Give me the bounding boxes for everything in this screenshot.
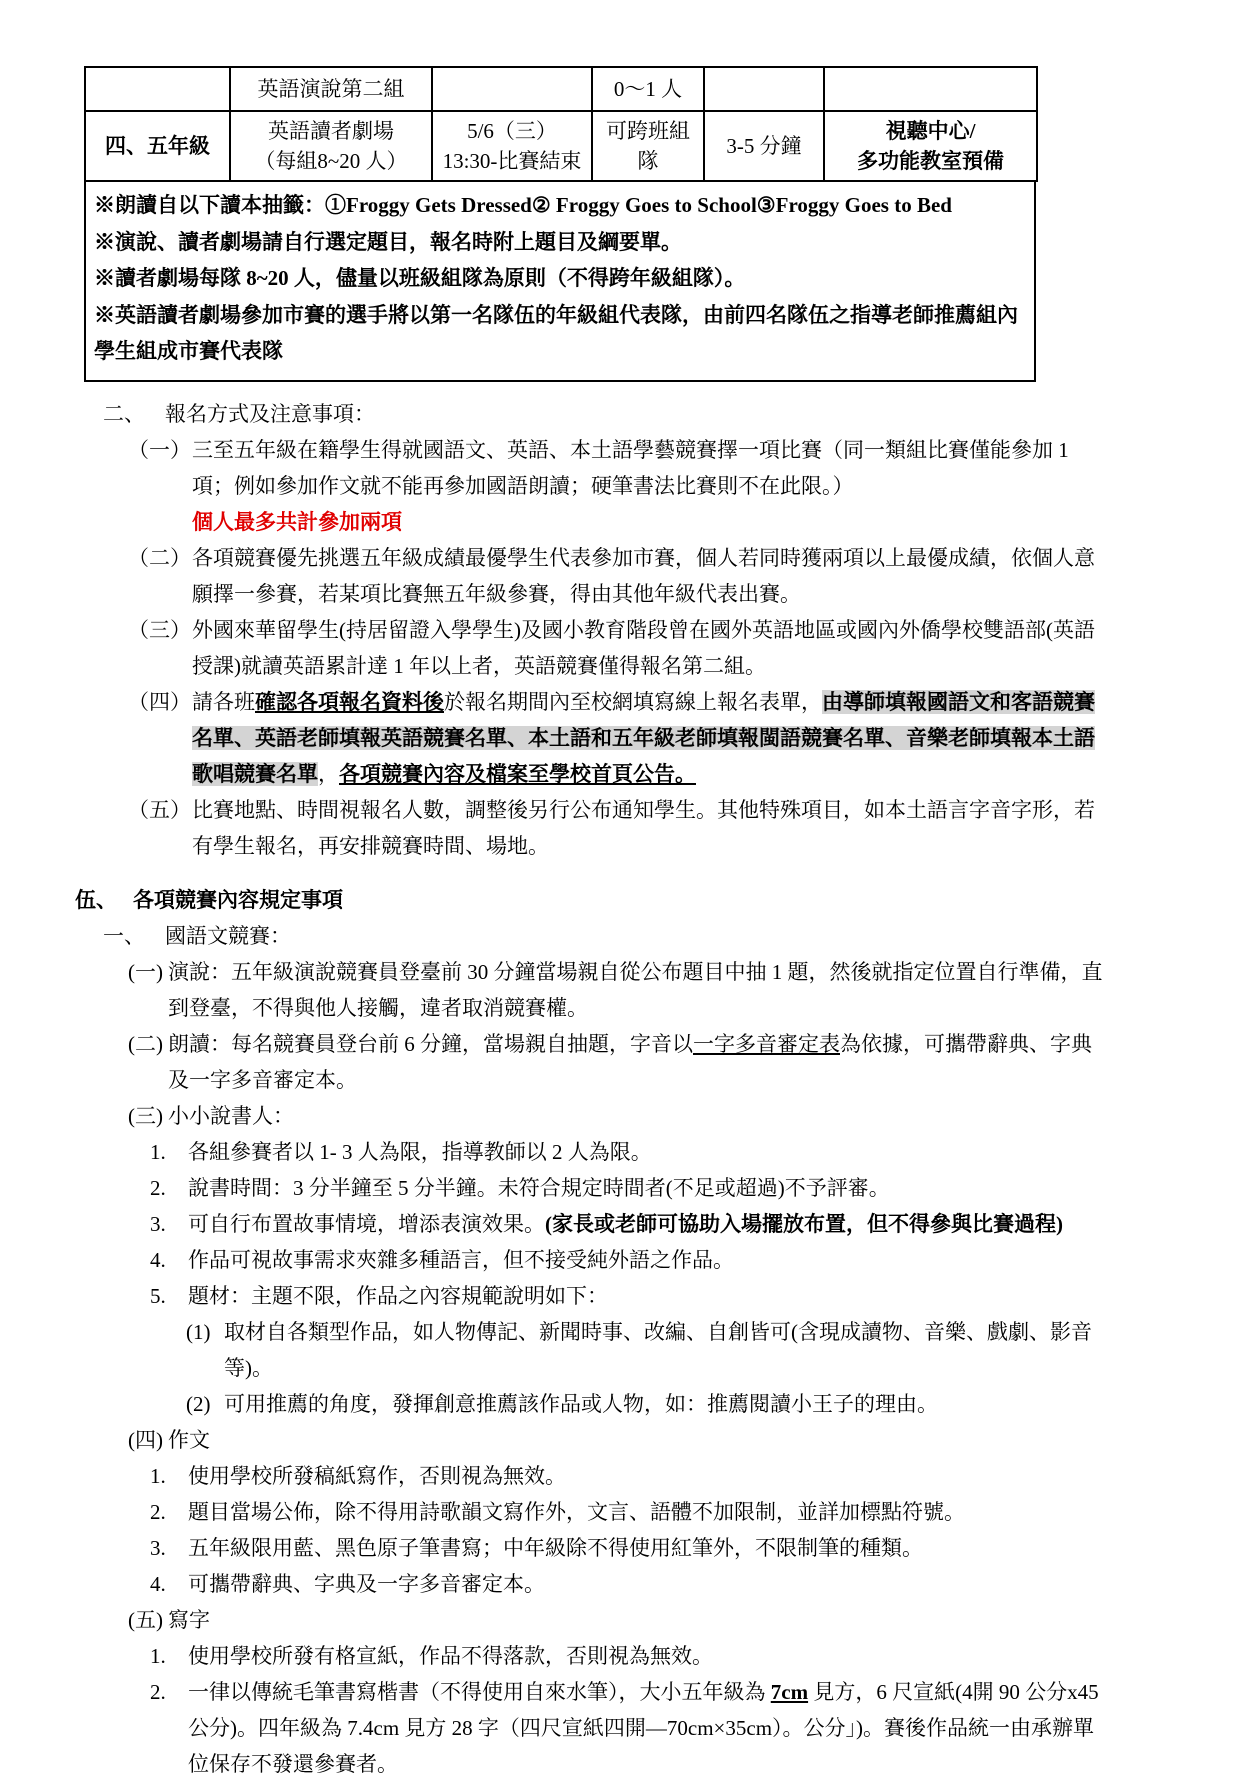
- list-label: (一): [128, 954, 168, 1026]
- text-segment: 各項競賽內容規定事項: [133, 888, 343, 912]
- text-segment: 可用推薦的角度，發揮創意推薦該作品或人物，如：推薦閱讀小王子的理由。: [224, 1392, 938, 1416]
- text-segment: 各項競賽優先挑選五年級成績最優學生代表參加市賽，個人若同時獲兩項以上最優成績，依…: [192, 546, 1095, 606]
- list-label: （三）: [128, 612, 192, 684]
- text-segment: 題目當場公佈，除不得用詩歌韻文寫作外，文言、語體不加限制，並詳加標點符號。: [188, 1500, 965, 1524]
- paragraph: 一、國語文競賽：: [103, 918, 1108, 954]
- paragraph-text: 可攜帶辭典、字典及一字多音審定本。: [188, 1566, 1108, 1602]
- list-label: 二、: [103, 396, 165, 432]
- paragraph: （一）三至五年級在籍學生得就國語文、英語、本土語學藝競賽擇一項比賽（同一類組比賽…: [128, 432, 1108, 504]
- list-label: 2.: [150, 1170, 188, 1206]
- text-segment: 國語文競賽：: [165, 924, 291, 948]
- paragraph: 2.題目當場公佈，除不得用詩歌韻文寫作外，文言、語體不加限制，並詳加標點符號。: [150, 1494, 1108, 1530]
- paragraph-text: 作文: [168, 1422, 1108, 1458]
- table-cell-time: 5/6（三） 13:30-比賽結束: [432, 111, 592, 181]
- list-label: 2.: [150, 1494, 188, 1530]
- list-label: 4.: [150, 1242, 188, 1278]
- text-segment: 取材自各類型作品，如人物傳記、新聞時事、改編、自創皆可(含現成讀物、音樂、戲劇、…: [224, 1320, 1092, 1380]
- paragraph: 3.可自行布置故事情境，增添表演效果。(家長或老師可協助入場擺放布置，但不得參與…: [150, 1206, 1108, 1242]
- paragraph: 3.五年級限用藍、黑色原子筆書寫；中年級除不得使用紅筆外，不限制筆的種類。: [150, 1530, 1108, 1566]
- text-segment: 寫字: [168, 1608, 210, 1632]
- table-cell-team: 可跨班組隊: [592, 111, 704, 181]
- text-segment: 作品可視故事需求夾雜多種語言，但不接受純外語之作品。: [188, 1248, 734, 1272]
- paragraph-text: 使用學校所發有格宣紙，作品不得落款，否則視為無效。: [188, 1638, 1108, 1674]
- paragraph-text: 各項競賽優先挑選五年級成績最優學生代表參加市賽，個人若同時獲兩項以上最優成績，依…: [192, 540, 1108, 612]
- list-label: 3.: [150, 1530, 188, 1566]
- list-label: 3.: [150, 1206, 188, 1242]
- table-row: 四、五年級 英語讀者劇場 （每組8~20 人） 5/6（三） 13:30-比賽結…: [85, 111, 1037, 181]
- note-line: ※讀者劇場每隊 8~20 人，儘量以班級組隊為原則（不得跨年級組隊）。: [94, 260, 1024, 297]
- paragraph-text: 五年級限用藍、黑色原子筆書寫；中年級除不得使用紅筆外，不限制筆的種類。: [188, 1530, 1108, 1566]
- text-segment: 使用學校所發稿紙寫作，否則視為無效。: [188, 1464, 566, 1488]
- table-cell-venue: 視聽中心/ 多功能教室預備: [824, 111, 1037, 181]
- paragraph: 4.作品可視故事需求夾雜多種語言，但不接受純外語之作品。: [150, 1242, 1108, 1278]
- paragraph-text: 報名方式及注意事項：: [165, 396, 1108, 432]
- paragraph-text: 說書時間：3 分半鐘至 5 分半鐘。未符合規定時間者(不足或超過)不予評審。: [188, 1170, 1108, 1206]
- text-segment: 題材：主題不限，作品之內容規範說明如下：: [188, 1284, 608, 1308]
- paragraph-text: 使用學校所發稿紙寫作，否則視為無效。: [188, 1458, 1108, 1494]
- paragraph: (二)朗讀：每名競賽員登台前 6 分鐘，當場親自抽題，字音以一字多音審定表為依據…: [128, 1026, 1108, 1098]
- table-cell-grade: [85, 67, 230, 111]
- paragraph-text: 題材：主題不限，作品之內容規範說明如下：: [188, 1278, 1108, 1314]
- paragraph-text: 比賽地點、時間視報名人數，調整後另行公布通知學生。其他特殊項目，如本土語言字音字…: [192, 792, 1108, 864]
- text-segment: 各組參賽者以 1- 3 人為限，指導教師以 2 人為限。: [188, 1140, 652, 1164]
- paragraph-text: 可自行布置故事情境，增添表演效果。(家長或老師可協助入場擺放布置，但不得參與比賽…: [188, 1206, 1108, 1242]
- paragraph: 1.使用學校所發稿紙寫作，否則視為無效。: [150, 1458, 1108, 1494]
- paragraph-text: 題目當場公佈，除不得用詩歌韻文寫作外，文言、語體不加限制，並詳加標點符號。: [188, 1494, 1108, 1530]
- text-segment: 使用學校所發有格宣紙，作品不得落款，否則視為無效。: [188, 1644, 713, 1668]
- document-page: 英語演說第二組 0～1 人 四、五年級 英語讀者劇場 （每組8~20 人） 5/…: [0, 0, 1240, 1782]
- text-segment: 7cm: [771, 1680, 808, 1704]
- text-segment: 確認各項報名資料後: [255, 690, 444, 714]
- list-label: (2): [186, 1386, 224, 1422]
- paragraph-text: 演說：五年級演說競賽員登臺前 30 分鐘當場親自從公布題目中抽 1 題，然後就指…: [168, 954, 1108, 1026]
- text-segment: 外國來華留學生(持居留證入學學生)及國小教育階段曾在國外英語地區或國內外僑學校雙…: [192, 618, 1095, 678]
- paragraph: (1)取材自各類型作品，如人物傳記、新聞時事、改編、自創皆可(含現成讀物、音樂、…: [186, 1314, 1108, 1386]
- paragraph-text: 各項競賽內容規定事項: [133, 882, 1108, 918]
- paragraph-text: 取材自各類型作品，如人物傳記、新聞時事、改編、自創皆可(含現成讀物、音樂、戲劇、…: [224, 1314, 1108, 1386]
- text-segment: 報名方式及注意事項：: [165, 402, 375, 426]
- note-line: ※演說、讀者劇場請自行選定題目，報名時附上題目及綱要單。: [94, 224, 1024, 261]
- text-segment: ，: [318, 762, 339, 786]
- list-label: 5.: [150, 1278, 188, 1314]
- paragraph-text: 朗讀：每名競賽員登台前 6 分鐘，當場親自抽題，字音以一字多音審定表為依據，可攜…: [168, 1026, 1108, 1098]
- paragraph: （五）比賽地點、時間視報名人數，調整後另行公布通知學生。其他特殊項目，如本土語言…: [128, 792, 1108, 864]
- paragraph-text: 各組參賽者以 1- 3 人為限，指導教師以 2 人為限。: [188, 1134, 1108, 1170]
- paragraph: 2.一律以傳統毛筆書寫楷書（不得使用自來水筆），大小五年級為 7cm 見方，6 …: [150, 1674, 1108, 1782]
- paragraph-text: 國語文競賽：: [165, 918, 1108, 954]
- text-segment: (家長或老師可協助入場擺放布置，但不得參與比賽過程): [545, 1212, 1063, 1236]
- text-segment: 可自行布置故事情境，增添表演效果。: [188, 1212, 545, 1236]
- list-label: 1.: [150, 1458, 188, 1494]
- table-cell-event: 英語讀者劇場 （每組8~20 人）: [230, 111, 432, 181]
- list-label: (四): [128, 1422, 168, 1458]
- table-row: 英語演說第二組 0～1 人: [85, 67, 1037, 111]
- list-label: (二): [128, 1026, 168, 1098]
- list-label: 2.: [150, 1674, 188, 1782]
- text-segment: 一字多音審定表: [693, 1032, 840, 1056]
- paragraph-text: 一律以傳統毛筆書寫楷書（不得使用自來水筆），大小五年級為 7cm 見方，6 尺宣…: [188, 1674, 1108, 1782]
- list-label: (五): [128, 1602, 168, 1638]
- paragraph: （二）各項競賽優先挑選五年級成績最優學生代表參加市賽，個人若同時獲兩項以上最優成…: [128, 540, 1108, 612]
- paragraph-text: 作品可視故事需求夾雜多種語言，但不接受純外語之作品。: [188, 1242, 1108, 1278]
- paragraph: 2.說書時間：3 分半鐘至 5 分半鐘。未符合規定時間者(不足或超過)不予評審。: [150, 1170, 1108, 1206]
- list-label: (1): [186, 1314, 224, 1386]
- list-label: 伍、: [75, 882, 133, 918]
- list-label: （四）: [128, 684, 192, 792]
- list-label: 1.: [150, 1638, 188, 1674]
- text-segment: 於報名期間內至校網填寫線上報名表單，: [444, 690, 822, 714]
- paragraph-text: 外國來華留學生(持居留證入學學生)及國小教育階段曾在國外英語地區或國內外僑學校雙…: [192, 612, 1108, 684]
- list-label: 一、: [103, 918, 165, 954]
- text-segment: 說書時間：3 分半鐘至 5 分半鐘。未符合規定時間者(不足或超過)不予評審。: [188, 1176, 890, 1200]
- table-cell-event: 英語演說第二組: [230, 67, 432, 111]
- note-line: ※朗讀自以下讀本抽籤：①Froggy Gets Dressed② Froggy …: [94, 187, 1024, 224]
- document-body: 二、報名方式及注意事項：（一）三至五年級在籍學生得就國語文、英語、本土語學藝競賽…: [0, 396, 1108, 1782]
- paragraph: (2)可用推薦的角度，發揮創意推薦該作品或人物，如：推薦閱讀小王子的理由。: [186, 1386, 1108, 1422]
- paragraph-text: 可用推薦的角度，發揮創意推薦該作品或人物，如：推薦閱讀小王子的理由。: [224, 1386, 1108, 1422]
- paragraph: 伍、各項競賽內容規定事項: [75, 882, 1108, 918]
- text-segment: 朗讀：每名競賽員登台前 6 分鐘，當場親自抽題，字音以: [168, 1032, 693, 1056]
- paragraph-text: 請各班確認各項報名資料後於報名期間內至校網填寫線上報名表單，由導師填報國語文和客…: [192, 684, 1108, 792]
- paragraph: (三)小小說書人：: [128, 1098, 1108, 1134]
- list-label: （一）: [128, 432, 192, 504]
- paragraph: 1.各組參賽者以 1- 3 人為限，指導教師以 2 人為限。: [150, 1134, 1108, 1170]
- text-segment: 請各班: [192, 690, 255, 714]
- text-segment: 可攜帶辭典、字典及一字多音審定本。: [188, 1572, 545, 1596]
- paragraph: （四）請各班確認各項報名資料後於報名期間內至校網填寫線上報名表單，由導師填報國語…: [128, 684, 1108, 792]
- text-segment: 作文: [168, 1428, 210, 1452]
- list-label: (三): [128, 1098, 168, 1134]
- table-cell-duration: [704, 67, 824, 111]
- table-cell-quota: 0～1 人: [592, 67, 704, 111]
- table-cell-grade: 四、五年級: [85, 111, 230, 181]
- text-segment: 小小說書人：: [168, 1104, 294, 1128]
- text-segment: 比賽地點、時間視報名人數，調整後另行公布通知學生。其他特殊項目，如本土語言字音字…: [192, 798, 1095, 858]
- paragraph-text: 三至五年級在籍學生得就國語文、英語、本土語學藝競賽擇一項比賽（同一類組比賽僅能參…: [192, 432, 1108, 504]
- text-segment: 三至五年級在籍學生得就國語文、英語、本土語學藝競賽擇一項比賽（同一類組比賽僅能參…: [192, 438, 1069, 498]
- paragraph: 個人最多共計參加兩項: [192, 504, 1108, 540]
- schedule-table: 英語演說第二組 0～1 人 四、五年級 英語讀者劇場 （每組8~20 人） 5/…: [84, 66, 1038, 182]
- text-segment: 演說：五年級演說競賽員登臺前 30 分鐘當場親自從公布題目中抽 1 題，然後就指…: [168, 960, 1103, 1020]
- list-label: （二）: [128, 540, 192, 612]
- paragraph: (四)作文: [128, 1422, 1108, 1458]
- table-notes: ※朗讀自以下讀本抽籤：①Froggy Gets Dressed② Froggy …: [84, 182, 1036, 382]
- text-segment: 各項競賽內容及檔案至學校首頁公告。: [339, 762, 696, 786]
- text-segment: 五年級限用藍、黑色原子筆書寫；中年級除不得使用紅筆外，不限制筆的種類。: [188, 1536, 923, 1560]
- paragraph-text: 寫字: [168, 1602, 1108, 1638]
- paragraph: 1.使用學校所發有格宣紙，作品不得落款，否則視為無效。: [150, 1638, 1108, 1674]
- table-cell-duration: 3-5 分鐘: [704, 111, 824, 181]
- paragraph: (一)演說：五年級演說競賽員登臺前 30 分鐘當場親自從公布題目中抽 1 題，然…: [128, 954, 1108, 1026]
- text-segment: 個人最多共計參加兩項: [192, 510, 402, 534]
- paragraph: 二、報名方式及注意事項：: [103, 396, 1108, 432]
- text-segment: 一律以傳統毛筆書寫楷書（不得使用自來水筆），大小五年級為: [188, 1680, 771, 1704]
- table-cell-time: [432, 67, 592, 111]
- list-label: 1.: [150, 1134, 188, 1170]
- paragraph-text: 小小說書人：: [168, 1098, 1108, 1134]
- paragraph: 4.可攜帶辭典、字典及一字多音審定本。: [150, 1566, 1108, 1602]
- paragraph: 5.題材：主題不限，作品之內容規範說明如下：: [150, 1278, 1108, 1314]
- paragraph: （三）外國來華留學生(持居留證入學學生)及國小教育階段曾在國外英語地區或國內外僑…: [128, 612, 1108, 684]
- table-cell-venue: [824, 67, 1037, 111]
- note-line: ※英語讀者劇場參加市賽的選手將以第一名隊伍的年級組代表隊，由前四名隊伍之指導老師…: [94, 297, 1024, 370]
- paragraph: (五)寫字: [128, 1602, 1108, 1638]
- list-label: （五）: [128, 792, 192, 864]
- list-label: 4.: [150, 1566, 188, 1602]
- paragraph-text: 個人最多共計參加兩項: [192, 504, 1108, 540]
